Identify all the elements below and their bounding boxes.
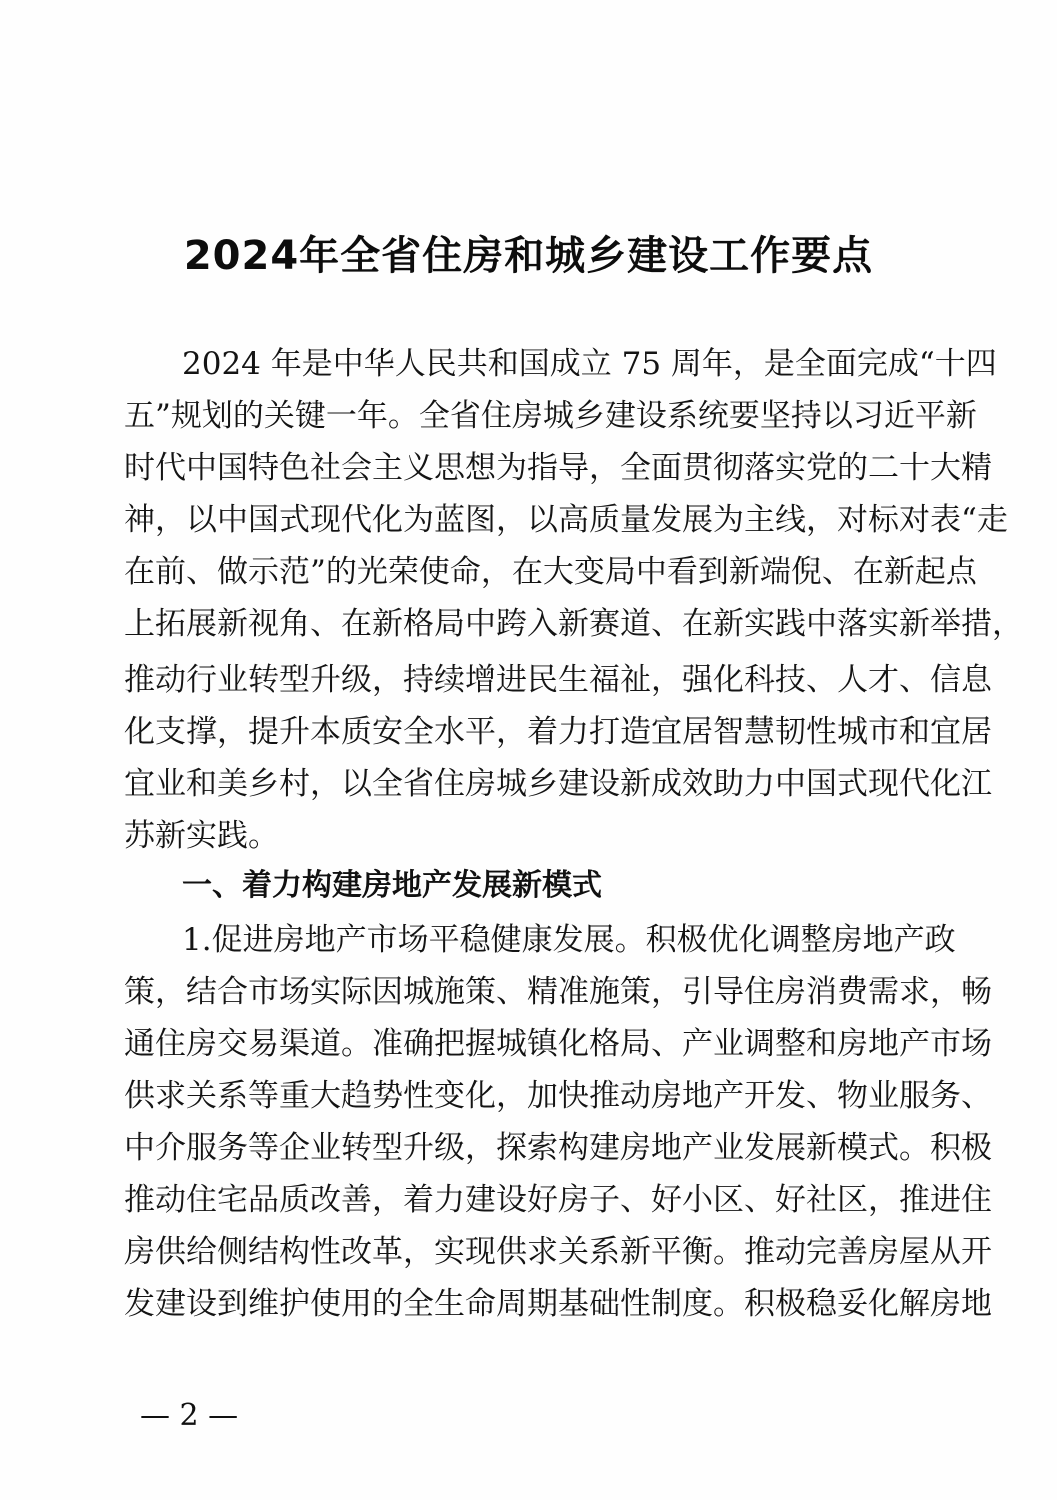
paragraph-line: 时代中国特色社会主义思想为指导，全面贯彻落实党的二十大精 [124,448,932,488]
paragraph-line: 苏新实践。 [124,816,932,856]
paragraph-line: 推动住宅品质改善，着力建设好房子、好小区、好社区，推进住 [124,1180,932,1220]
page-number: — 2 — [140,1398,238,1434]
paragraph-line: 供求关系等重大趋势性变化，加快推动房地产开发、物业服务、 [124,1076,932,1116]
paragraph-line: 化支撑，提升本质安全水平，着力打造宜居智慧韧性城市和宜居 [124,712,932,752]
paragraph-line: 神，以中国式现代化为蓝图，以高质量发展为主线，对标对表“走 [124,500,932,540]
paragraph-line: 在前、做示范”的光荣使命，在大变局中看到新端倪、在新起点 [124,552,932,592]
document-title: 2024年全省住房和城乡建设工作要点 [0,228,1057,284]
paragraph-line: 1.促进房地产市场平稳健康发展。积极优化调整房地产政 [182,920,932,960]
paragraph-line: 五”规划的关键一年。全省住房城乡建设系统要坚持以习近平新 [124,396,932,436]
paragraph-line: 中介服务等企业转型升级，探索构建房地产业发展新模式。积极 [124,1128,932,1168]
paragraph-line: 宜业和美乡村，以全省住房城乡建设新成效助力中国式现代化江 [124,764,932,804]
paragraph-line: 推动行业转型升级，持续增进民生福祉，强化科技、人才、信息 [124,660,932,700]
paragraph-line: 发建设到维护使用的全生命周期基础性制度。积极稳妥化解房地 [124,1284,932,1324]
section-heading: 一、着力构建房地产发展新模式 [182,866,602,906]
paragraph-line: 通住房交易渠道。准确把握城镇化格局、产业调整和房地产市场 [124,1024,932,1064]
paragraph-line: 2024 年是中华人民共和国成立 75 周年，是全面完成“十四 [182,344,932,384]
paragraph-line: 策，结合市场实际因城施策、精准施策，引导住房消费需求，畅 [124,972,932,1012]
document-page: 2024年全省住房和城乡建设工作要点 2024 年是中华人民共和国成立 75 周… [0,0,1057,1500]
paragraph-line: 上拓展新视角、在新格局中跨入新赛道、在新实践中落实新举措， [124,604,932,644]
paragraph-line: 房供给侧结构性改革，实现供求关系新平衡。推动完善房屋从开 [124,1232,932,1272]
